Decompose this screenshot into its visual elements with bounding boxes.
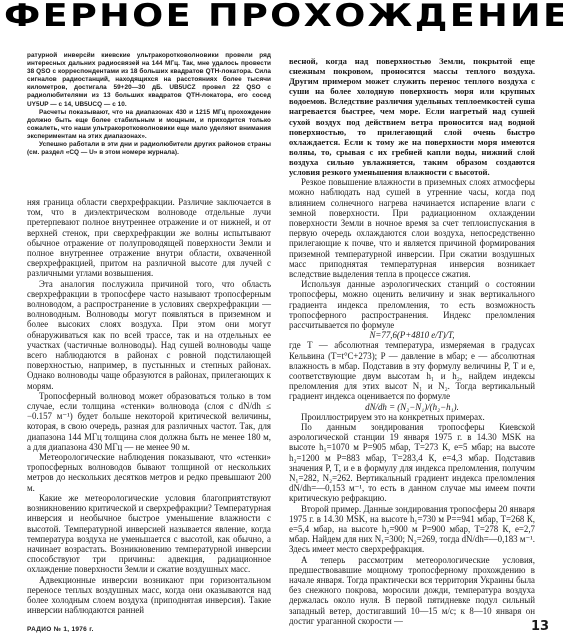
body-paragraph: где T — абсолютная температура, измеряем… <box>289 340 535 401</box>
formula-gradient: dN/dh = (N₂−N₁)/(h₂−h₁). <box>289 402 535 412</box>
formula-refraction-index: N=77,6(P+4810 e/T)/T, <box>289 330 535 340</box>
body-paragraph: Второй пример. Данные зондирования тропо… <box>289 504 535 555</box>
body-paragraph: весной, когда над поверхностью Земли, по… <box>289 56 535 177</box>
intro-paragraph: Успешно работали в эти дни и радиолюбите… <box>27 141 271 157</box>
intro-block: ратурной инверсйи киевские ультракоротко… <box>27 52 271 157</box>
body-paragraph: няя граница области сверхрефракции. Разл… <box>27 197 271 279</box>
left-body: няя граница области сверхрефракции. Разл… <box>27 197 271 615</box>
body-paragraph: Резкое повышение влажности в приземных с… <box>289 177 535 279</box>
body-paragraph: По данным зондирования тропосферы Киевск… <box>289 422 535 504</box>
body-paragraph: Адвекционные инверсии возникают при гори… <box>27 575 271 616</box>
body-paragraph: Используя данные аэрологических станций … <box>289 279 535 330</box>
article-title: ФЕРНОЕ ПРОХОЖДЕНИЕ <box>4 0 563 34</box>
intro-paragraph: Расчеты показывают, что на диапазонах 43… <box>27 109 271 141</box>
body-paragraph: Проиллюстрируем это на конкретных пример… <box>289 412 535 422</box>
right-body: весной, когда над поверхностью Земли, по… <box>289 56 535 626</box>
intro-paragraph: ратурной инверсйи киевские ультракоротко… <box>27 52 271 109</box>
body-paragraph: Тропосферный волновод может образоваться… <box>27 391 271 452</box>
journal-footer: РАДИО № 1, 1976 г. <box>27 626 94 633</box>
page-number: 13 <box>531 619 549 634</box>
body-paragraph: Метеорологические наблюдения показывают,… <box>27 452 271 493</box>
body-paragraph: А теперь рассмотрим метеорологические ус… <box>289 555 535 626</box>
body-paragraph: Эта аналогия послужила причиной того, чт… <box>27 279 271 391</box>
body-paragraph: Какие же метеорологические условия благо… <box>27 493 271 575</box>
